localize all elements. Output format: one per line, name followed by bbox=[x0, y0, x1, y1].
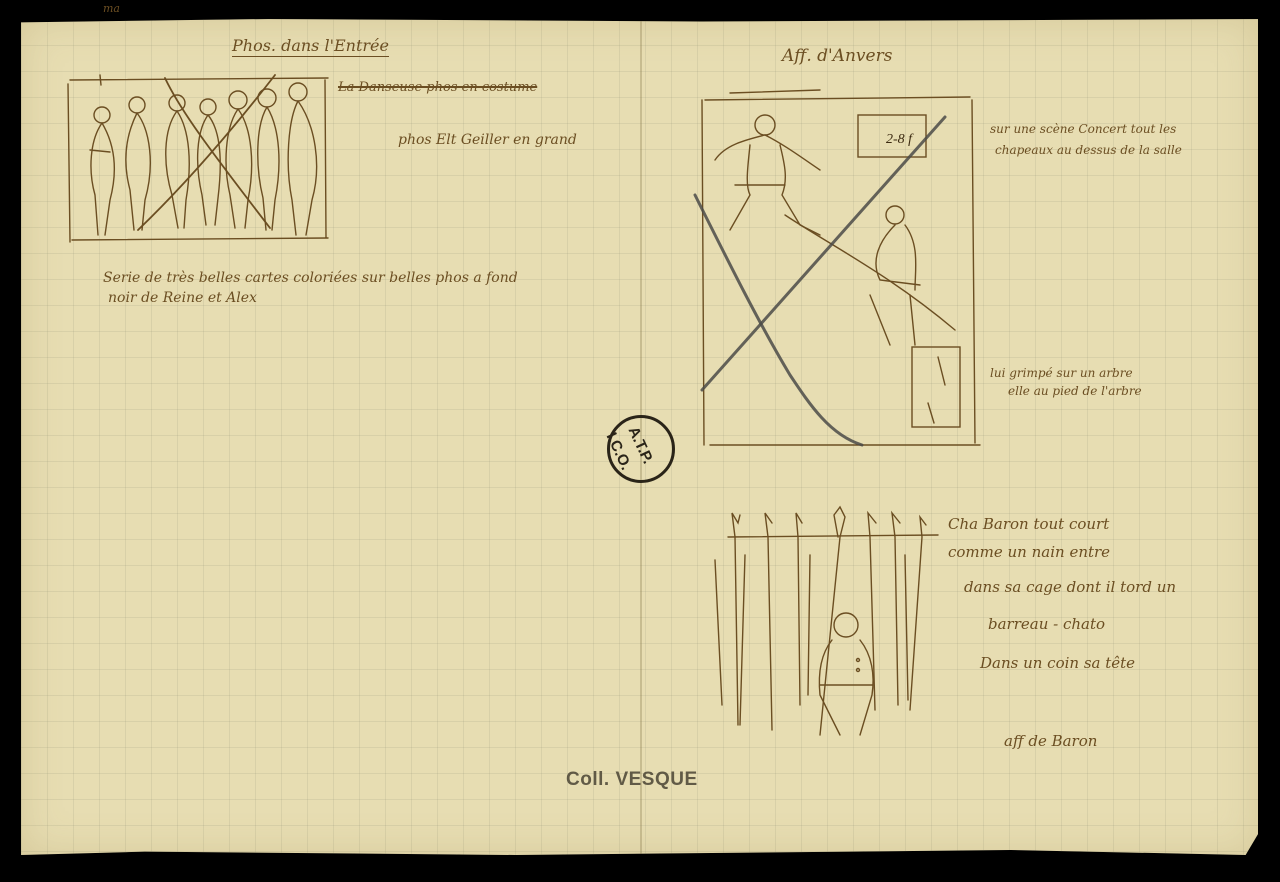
collection-stamp: Coll. VESQUE bbox=[566, 769, 698, 791]
note-bottom-4: barreau - chato bbox=[988, 615, 1105, 634]
inset-price-label: 2-8 f bbox=[886, 132, 914, 147]
note-middle-1: lui grimpé sur un arbre bbox=[990, 366, 1133, 381]
caption-line-2: noir de Reine et Alex bbox=[108, 290, 257, 308]
note-middle-2: elle au pied de l'arbre bbox=[1008, 384, 1142, 399]
margin-note: ma bbox=[103, 2, 120, 16]
right-heading: Aff. d'Anvers bbox=[782, 46, 892, 67]
signature-note: aff de Baron bbox=[1004, 732, 1097, 751]
left-heading: Phos. dans l'Entrée bbox=[232, 36, 389, 57]
note-bottom-2: comme un nain entre bbox=[948, 543, 1110, 562]
figures-sketch bbox=[60, 70, 340, 250]
note-top-1: sur une scène Concert tout les bbox=[990, 122, 1176, 137]
round-archive-stamp: A.T.P. I.C.O. bbox=[607, 415, 675, 483]
struck-note: La Danseuse phos en costume bbox=[338, 80, 537, 96]
note-top-2: chapeaux au dessus de la salle bbox=[995, 143, 1182, 158]
note-bottom-5: Dans un coin sa tête bbox=[980, 654, 1135, 673]
note-phos: phos Elt Geiller en grand bbox=[398, 132, 577, 150]
note-bottom-3: dans sa cage dont il tord un bbox=[964, 578, 1176, 597]
cage-sketch bbox=[700, 495, 940, 765]
poster-sketch: 2-8 f bbox=[690, 85, 990, 465]
note-bottom-1: Cha Baron tout court bbox=[948, 515, 1109, 534]
caption-line-1: Serie de très belles cartes coloriées su… bbox=[103, 270, 518, 288]
